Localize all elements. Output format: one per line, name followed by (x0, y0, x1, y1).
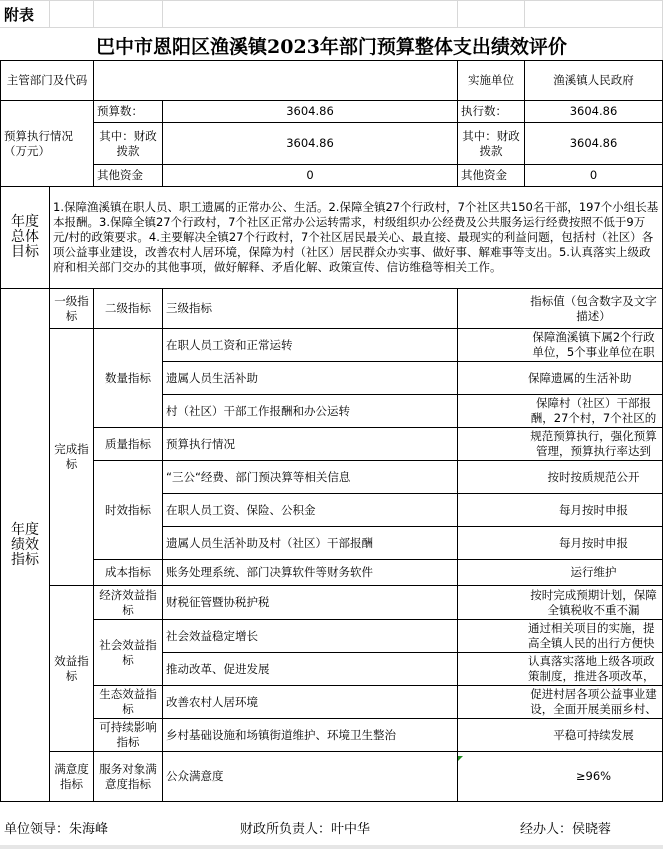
budget-section-label: 预算执行情况（万元） (1, 101, 94, 187)
level3-cell[interactable]: 在职人员工资、保险、公积金 (163, 494, 458, 527)
annex-label: 附表 (4, 4, 34, 25)
level1-cell: 效益指标 (50, 586, 94, 752)
value-text: 保障渔溪镇下属2个行政单位，5个事业单位在职人员工资、办公、运 (528, 330, 659, 360)
indicators-section-label: 年度绩效指标 (1, 289, 50, 802)
level3-cell[interactable]: “三公“经费、部门预决算等相关信息 (163, 461, 458, 494)
table-row: 成本指标 账务处理系统、部门决算软件等财务软件 运行维护 (1, 560, 663, 586)
budget-left-value[interactable]: 3604.86 (163, 101, 458, 123)
value-cell[interactable]: 按时完成预期计划，保障全镇税收不重不漏 (458, 586, 663, 620)
level2-cell: 数量指标 (94, 329, 163, 428)
level2-cell: 质量指标 (94, 428, 163, 461)
level3-cell[interactable]: 账务处理系统、部门决算软件等财务软件 (163, 560, 458, 586)
level2-cell: 生态效益指标 (94, 686, 163, 719)
level1-cell: 满意度指标 (50, 752, 94, 802)
performance-evaluation-table: 主管部门及代码 实施单位 渔溪镇人民政府 预算执行情况（万元） 预算数： 360… (0, 60, 663, 802)
value-cell[interactable]: 按时按质规范公开 (458, 461, 663, 494)
level3-cell[interactable]: 遗属人员生活补助 (163, 362, 458, 395)
level3-cell[interactable]: 预算执行情况 (163, 428, 458, 461)
budget-left-value[interactable]: 3604.86 (163, 123, 458, 165)
header-level1: 一级指标 (50, 289, 94, 329)
value-cell[interactable]: 保障村（社区）干部报酬，27个村，7个社区的正常办公、运转 (458, 395, 663, 428)
level3-cell[interactable]: 村（社区）干部工作报酬和办公运转 (163, 395, 458, 428)
budget-left-label: 预算数： (94, 101, 163, 123)
table-row: 满意度指标 服务对象满意度指标 公众满意度 ≥96% (1, 752, 663, 802)
table-row: 社会效益指标 社会效益稳定增长 通过相关项目的实施，提高全镇人民的出行方便快捷，… (1, 620, 663, 653)
value-cell[interactable]: 平稳可持续发展 (458, 719, 663, 752)
level3-cell[interactable]: 公众满意度 (163, 752, 458, 802)
budget-right-value[interactable]: 3604.86 (525, 101, 663, 123)
value-cell[interactable]: 每月按时申报 (458, 527, 663, 560)
value-cell[interactable]: 运行维护 (458, 560, 663, 586)
level3-cell[interactable]: 遗属人员生活补助及村（社区）干部报酬 (163, 527, 458, 560)
level3-cell[interactable]: 推动改革、促进发展 (163, 653, 458, 686)
level1-cell: 完成指标 (50, 329, 94, 586)
budget-left-value[interactable]: 0 (163, 165, 458, 187)
budget-right-label: 执行数： (458, 101, 525, 123)
value-cell[interactable]: 规范预算执行，强化预算管理，预算执行率达到100%。 (458, 428, 663, 461)
value-text: 保障村（社区）干部报酬，27个村，7个社区的正常办公、运转 (528, 396, 659, 426)
footer-finance: 财政所负责人：叶中华 (240, 818, 370, 837)
budget-right-label: 其中：财政拨款 (458, 123, 525, 165)
footer-leader: 单位领导：朱海峰 (4, 818, 108, 837)
level2-cell: 经济效益指标 (94, 586, 163, 620)
level3-cell[interactable]: 改善农村人居环境 (163, 686, 458, 719)
budget-right-label: 其他资金 (458, 165, 525, 187)
value-cell[interactable]: 认真落实落地上级各项政策制度，推进各项改革，切切实实给人民群 (458, 653, 663, 686)
dept-value-cell[interactable] (94, 61, 458, 101)
goals-label: 年度总体目标 (1, 187, 50, 289)
sheet-bottom-edge (0, 845, 663, 849)
budget-row: 其中：财政拨款 3604.86 其中：财政拨款 3604.86 (1, 123, 663, 165)
budget-row: 其他资金 0 其他资金 0 (1, 165, 663, 187)
spreadsheet-page: 附表 巴中市恩阳区渔溪镇2023年部门预算整体支出绩效评价 主管部门及代码 实施… (0, 0, 663, 849)
level3-cell[interactable]: 在职人员工资和正常运转 (163, 329, 458, 362)
page-title: 巴中市恩阳区渔溪镇2023年部门预算整体支出绩效评价 (0, 32, 663, 59)
level3-cell[interactable]: 财税征管暨协税护税 (163, 586, 458, 620)
table-row: 效益指标 经济效益指标 财税征管暨协税护税 按时完成预期计划，保障全镇税收不重不… (1, 586, 663, 620)
table-row: 质量指标 预算执行情况 规范预算执行，强化预算管理，预算执行率达到100%。 (1, 428, 663, 461)
cell-comment-indicator (458, 756, 463, 761)
budget-left-label: 其他资金 (94, 165, 163, 187)
level2-cell: 服务对象满意度指标 (94, 752, 163, 802)
header-level2: 二级指标 (94, 289, 163, 329)
value-text: 规范预算执行，强化预算管理，预算执行率达到100%。 (528, 429, 659, 459)
dept-label: 主管部门及代码 (7, 73, 88, 87)
table-row: 完成指标 数量指标 在职人员工资和正常运转 保障渔溪镇下属2个行政单位，5个事业… (1, 329, 663, 362)
header-level3: 三级指标 (163, 289, 458, 329)
value-cell[interactable]: ≥96% (458, 752, 663, 802)
value-text: 认真落实落地上级各项政策制度，推进各项改革，切切实实给人民群 (528, 654, 659, 684)
value-text: 通过相关项目的实施，提高全镇人民的出行方便快捷，交通便利，水 (528, 621, 659, 651)
value-text: 促进村居各项公益事业建设，全面开展美丽乡村、创建森林城市、创 (528, 687, 659, 717)
value-cell[interactable]: 保障渔溪镇下属2个行政单位，5个事业单位在职人员工资、办公、运 (458, 329, 663, 362)
value-cell[interactable]: 每月按时申报 (458, 494, 663, 527)
level2-cell: 成本指标 (94, 560, 163, 586)
value-cell[interactable]: 促进村居各项公益事业建设，全面开展美丽乡村、创建森林城市、创 (458, 686, 663, 719)
value-text: 按时完成预期计划，保障全镇税收不重不漏 (528, 588, 659, 618)
impl-label-cell: 实施单位 (458, 61, 525, 101)
budget-right-value[interactable]: 3604.86 (525, 123, 663, 165)
value-cell[interactable]: 保障遗属的生活补助 (458, 362, 663, 395)
header-value: 指标值（包含数字及文字描述） (458, 289, 663, 329)
level3-cell[interactable]: 乡村基础设施和场镇街道维护、环境卫生整治 (163, 719, 458, 752)
dept-label-cell: 主管部门及代码 (1, 61, 94, 101)
budget-left-label: 其中：财政拨款 (94, 123, 163, 165)
value-cell[interactable]: 通过相关项目的实施，提高全镇人民的出行方便快捷，交通便利，水 (458, 620, 663, 653)
goals-row: 年度总体目标 1.保障渔溪镇在职人员、职工遗属的正常办公、生活。2.保障全镇27… (1, 187, 663, 289)
level3-cell[interactable]: 社会效益稳定增长 (163, 620, 458, 653)
table-row: 时效指标 “三公“经费、部门预决算等相关信息 按时按质规范公开 (1, 461, 663, 494)
indicator-header-row: 年度绩效指标 一级指标 二级指标 三级指标 指标值（包含数字及文字描述） (1, 289, 663, 329)
goals-text[interactable]: 1.保障渔溪镇在职人员、职工遗属的正常办公、生活。2.保障全镇27个行政村，7个… (50, 187, 663, 289)
level2-cell: 时效指标 (94, 461, 163, 560)
impl-value-cell[interactable]: 渔溪镇人民政府 (525, 61, 663, 101)
table-row: 生态效益指标 改善农村人居环境 促进村居各项公益事业建设，全面开展美丽乡村、创建… (1, 686, 663, 719)
level2-cell: 社会效益指标 (94, 620, 163, 686)
dept-row: 主管部门及代码 实施单位 渔溪镇人民政府 (1, 61, 663, 101)
table-row: 可持续影响指标 乡村基础设施和场镇街道维护、环境卫生整治 平稳可持续发展 (1, 719, 663, 752)
footer-handler: 经办人：侯晓蓉 (520, 818, 611, 837)
budget-row: 预算执行情况（万元） 预算数： 3604.86 执行数： 3604.86 (1, 101, 663, 123)
budget-right-value[interactable]: 0 (525, 165, 663, 187)
level2-cell: 可持续影响指标 (94, 719, 163, 752)
